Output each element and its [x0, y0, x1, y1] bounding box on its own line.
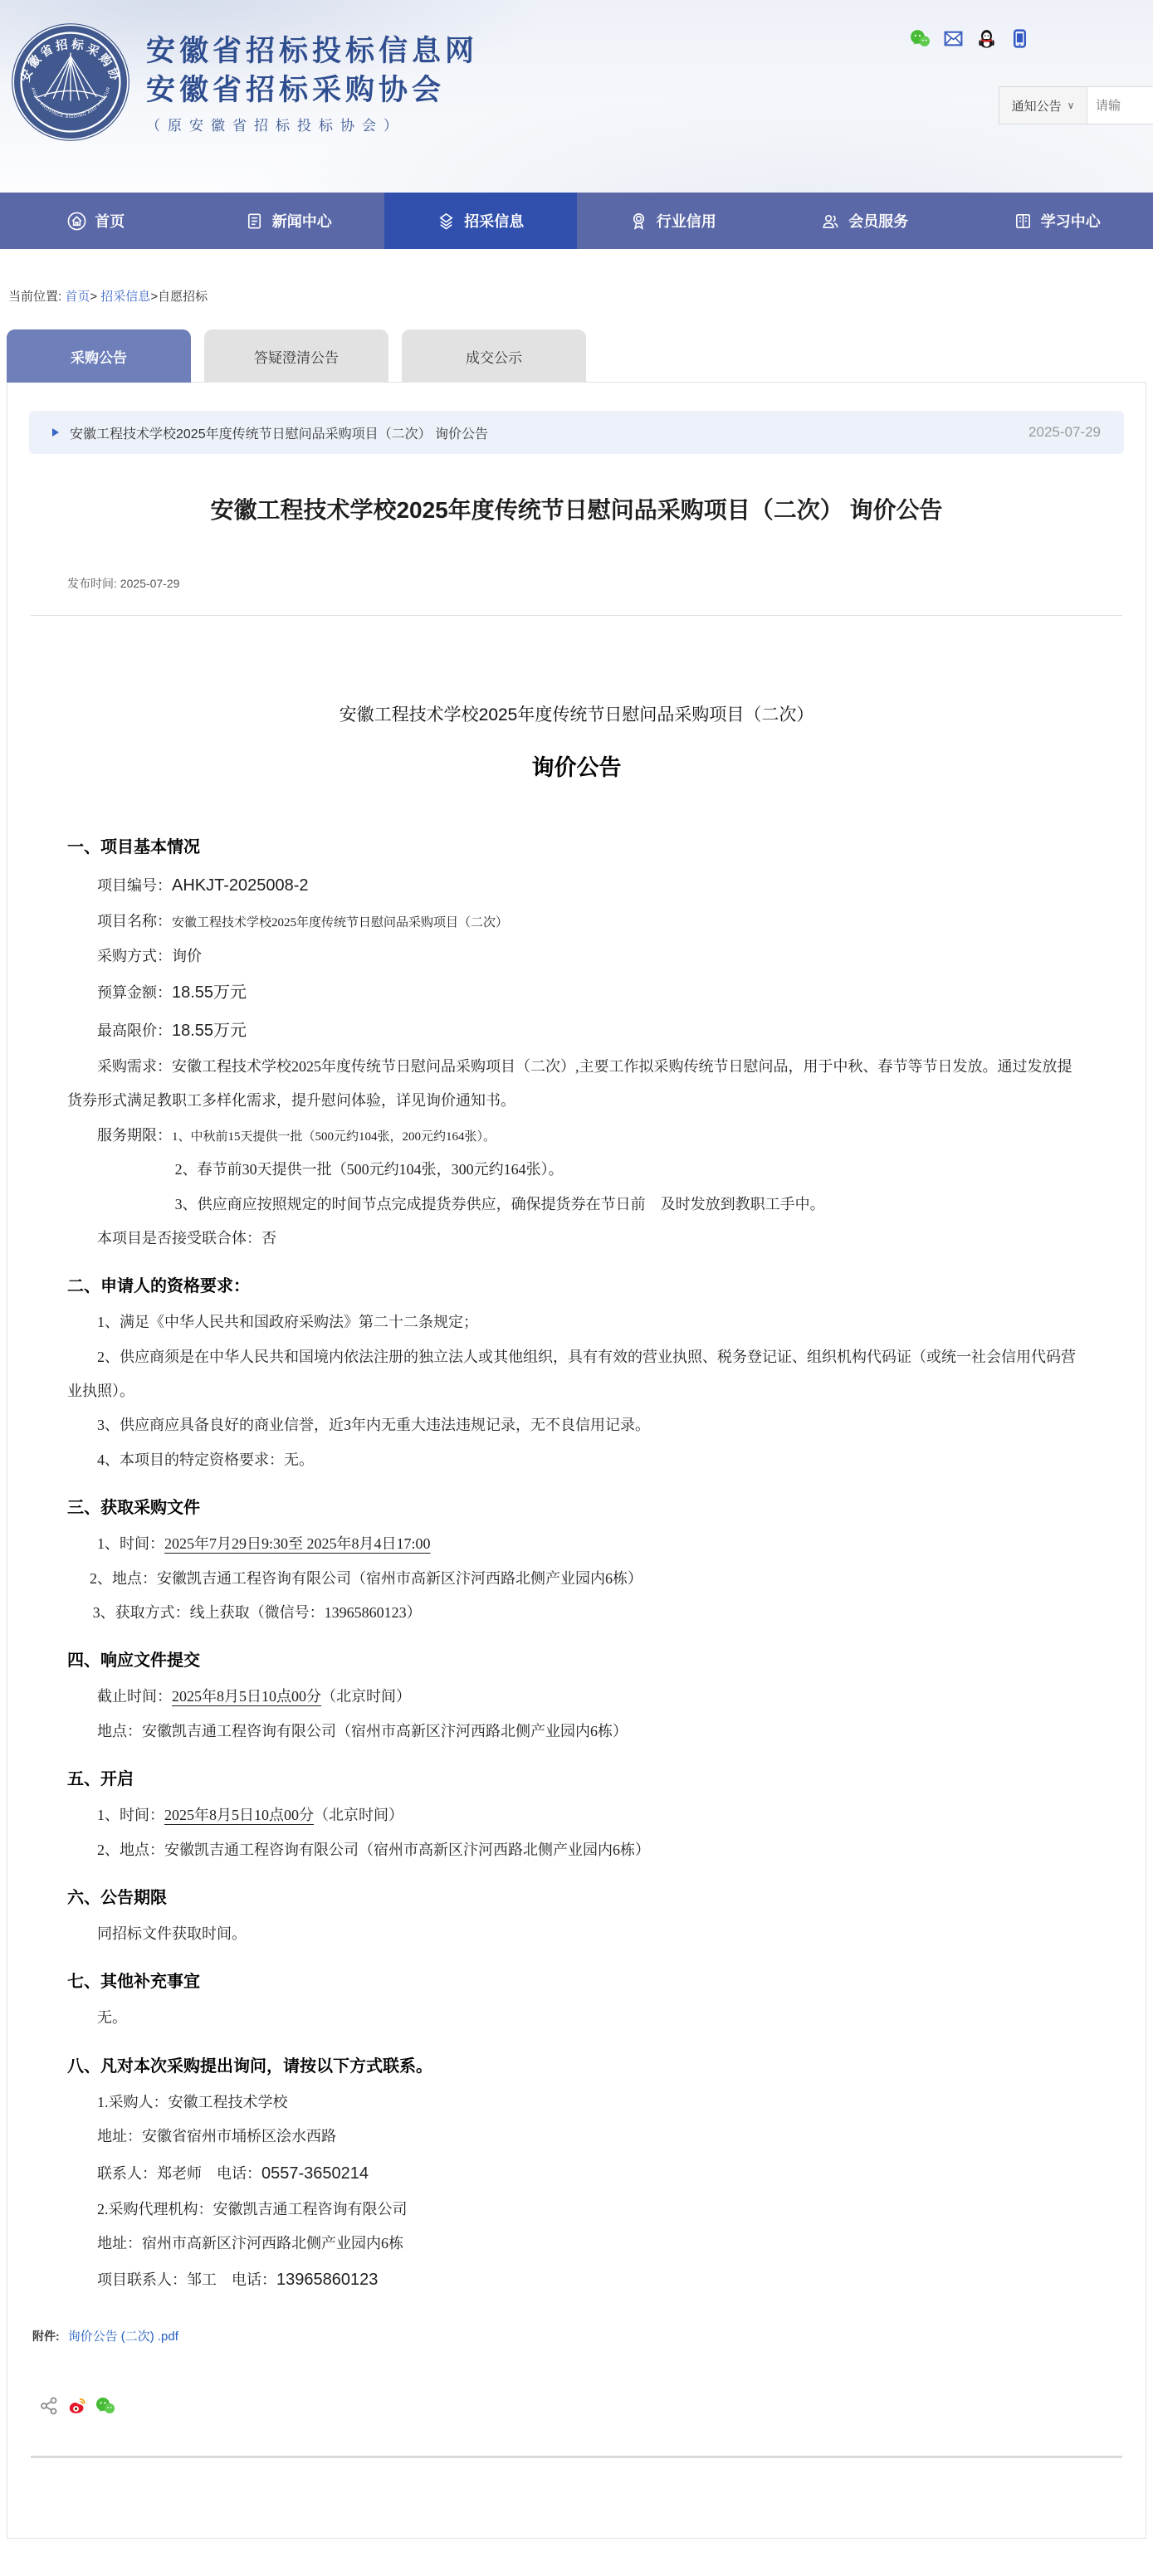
list-item[interactable]: 安徽工程技术学校2025年度传统节日慰问品采购项目（二次） 询价公告 2025-…: [29, 411, 1124, 454]
nav-item-news[interactable]: 新闻中心: [193, 193, 385, 249]
doc-line: 七、其他补充事宜: [67, 1963, 1086, 2001]
breadcrumb-separator: >: [150, 290, 158, 304]
book-icon: [1014, 212, 1033, 231]
attachment-row: 附件: 询价公告 (二次) .pdf: [32, 2327, 1146, 2344]
doc-line: 四、响应文件提交: [67, 1642, 1086, 1680]
medal-icon: [629, 212, 648, 231]
doc-line: 项目联系人：邹工 电话：13965860123: [67, 2261, 1086, 2299]
doc-line: 地址：安徽省宿州市埇桥区浍水西路: [67, 2120, 1086, 2154]
site-header: 安徽省招标采购协会 ANHUI PROVINCE BIDDING AND PRO…: [0, 0, 1153, 193]
mobile-icon[interactable]: [1009, 28, 1030, 49]
news-icon: [245, 212, 264, 231]
qq-icon[interactable]: [976, 28, 997, 49]
doc-line: 3、供应商应按照规定的时间节点完成提货券供应，确保提货券在节日前 及时发放到教职…: [67, 1188, 1086, 1222]
nav-label: 学习中心: [1041, 210, 1101, 232]
doc-line: 1、时间：2025年7月29日9:30至 2025年8月4日17:00: [67, 1527, 1086, 1561]
weibo-icon[interactable]: [67, 2396, 87, 2416]
doc-line: 无。: [67, 2001, 1086, 2035]
home-icon: [67, 212, 86, 231]
breadcrumb: 当前位置: 首页> 招采信息>自愿招标: [0, 249, 1153, 305]
nav-item-bidding-info[interactable]: 招采信息: [384, 193, 577, 249]
doc-line: 3、供应商应具备良好的商业信誉，近3年内无重大违法违规记录，无不良信用记录。: [67, 1408, 1086, 1442]
search-input[interactable]: [1087, 87, 1153, 124]
content-card: 安徽工程技术学校2025年度传统节日慰问品采购项目（二次） 询价公告 2025-…: [7, 382, 1146, 2539]
social-icons: [910, 28, 1030, 49]
wechat-icon[interactable]: [910, 28, 931, 49]
doc-line: 预算金额：18.55万元: [67, 973, 1086, 1012]
search-category-label: 通知公告: [1012, 97, 1062, 115]
search-category-dropdown[interactable]: 通知公告 ∨: [999, 87, 1087, 124]
doc-line: 1、满足《中华人民共和国政府采购法》第二十二条规定；: [67, 1305, 1086, 1339]
doc-line: 2.采购代理机构：安徽凯吉通工程咨询有限公司: [67, 2193, 1086, 2227]
doc-line: 三、获取采购文件: [67, 1489, 1086, 1527]
nav-label: 会员服务: [848, 210, 908, 232]
site-title-line2: 安徽省招标采购协会: [146, 71, 478, 110]
mail-icon[interactable]: [943, 28, 964, 49]
doc-line: 4、本项目的特定资格要求：无。: [67, 1443, 1086, 1477]
nav-label: 首页: [95, 210, 125, 232]
doc-line: 同招标文件获取时间。: [67, 1917, 1086, 1951]
doc-line: 二、申请人的资格要求：: [67, 1267, 1086, 1305]
tab-award-publicity[interactable]: 成交公示: [402, 329, 586, 383]
doc-line: 六、公告期限: [67, 1879, 1086, 1917]
doc-body: 安徽工程技术学校2025年度传统节日慰问品采购项目（二次）询价公告一、项目基本情…: [7, 616, 1146, 2300]
nav-item-home[interactable]: 首页: [0, 193, 193, 249]
nav-item-member-services[interactable]: 会员服务: [769, 193, 961, 249]
publish-time: 发布时间: 2025-07-29: [67, 575, 1146, 592]
nav-label: 行业信用: [657, 210, 716, 232]
doc-line: 项目编号：AHKJT-2025008-2: [67, 866, 1086, 905]
article-title: 安徽工程技术学校2025年度传统节日慰问品采购项目（二次） 询价公告: [84, 489, 1069, 532]
breadcrumb-separator: >: [90, 290, 100, 304]
doc-line: 服务期限：1、中秋前15天提供一批（500元约104张，200元约164张）。: [67, 1119, 1086, 1153]
breadcrumb-link-bidding-info[interactable]: 招采信息: [100, 290, 150, 304]
doc-line: 地址：宿州市高新区汴河西路北侧产业园内6栋: [67, 2227, 1086, 2261]
doc-line: 五、开启: [67, 1760, 1086, 1798]
doc-line: 1.采购人：安徽工程技术学校: [67, 2086, 1086, 2120]
bottom-divider: [31, 2456, 1122, 2458]
site-title-line3: （原安徽省招标投标协会）: [146, 114, 478, 134]
nav-label: 新闻中心: [272, 210, 332, 232]
tab-clarification-announcements[interactable]: 答疑澄清公告: [204, 329, 388, 383]
tab-procurement-announcements[interactable]: 采购公告: [7, 329, 191, 383]
nav-label: 招采信息: [464, 210, 524, 232]
doc-line: 本项目是否接受联合体：否: [67, 1222, 1086, 1256]
doc-line: 八、凡对本次采购提出询问，请按以下方式联系。: [67, 2047, 1086, 2086]
site-title-line1: 安徽省招标投标信息网: [146, 32, 478, 71]
doc-line: 采购方式：询价: [67, 939, 1086, 973]
breadcrumb-link-home[interactable]: 首页: [65, 290, 90, 304]
share-nodes-icon[interactable]: [39, 2396, 59, 2416]
doc-line: 2、地点：安徽凯吉通工程咨询有限公司（宿州市高新区汴河西路北侧产业园内6栋）: [67, 1562, 1086, 1596]
layers-icon: [437, 212, 456, 231]
doc-line: 2、春节前30天提供一批（500元约104张，300元约164张）。: [67, 1153, 1086, 1187]
doc-line: 3、获取方式：线上获取（微信号：13965860123）: [67, 1596, 1086, 1630]
doc-line: 截止时间：2025年8月5日10点00分（北京时间）: [67, 1680, 1086, 1714]
list-item-title[interactable]: 安徽工程技术学校2025年度传统节日慰问品采购项目（二次） 询价公告: [70, 423, 1028, 442]
doc-line: 项目名称：安徽工程技术学校2025年度传统节日慰问品采购项目（二次）: [67, 905, 1086, 939]
doc-line: 最高限价：18.55万元: [67, 1012, 1086, 1050]
site-logo: 安徽省招标采购协会 ANHUI PROVINCE BIDDING AND PRO…: [10, 22, 131, 147]
nav-item-learning-center[interactable]: 学习中心: [961, 193, 1153, 249]
header-left-decoration: [0, 8, 10, 193]
site-titles: 安徽省招标投标信息网 安徽省招标采购协会 （原安徽省招标投标协会）: [146, 32, 478, 134]
breadcrumb-prefix: 当前位置:: [8, 290, 65, 304]
attachment-pdf-link[interactable]: 询价公告 (二次) .pdf: [68, 2330, 178, 2344]
main-nav: 首页 新闻中心 招采信息 行业信用 会员服务: [0, 193, 1153, 249]
doc-line: 一、项目基本情况: [67, 828, 1086, 866]
doc-line: 2、地点：安徽凯吉通工程咨询有限公司（宿州市高新区汴河西路北侧产业园内6栋）: [67, 1833, 1086, 1867]
doc-line: 1、时间：2025年8月5日10点00分（北京时间）: [67, 1798, 1086, 1832]
doc-line: 采购需求：安徽工程技术学校2025年度传统节日慰问品采购项目（二次）,主要工作拟…: [67, 1050, 1086, 1119]
wechat-share-icon[interactable]: [95, 2396, 115, 2416]
list-item-date: 2025-07-29: [1028, 424, 1101, 441]
doc-line: 询价公告: [67, 742, 1086, 793]
nav-item-industry-credit[interactable]: 行业信用: [577, 193, 769, 249]
doc-line: 地点：安徽凯吉通工程咨询有限公司（宿州市高新区汴河西路北侧产业园内6栋）: [67, 1715, 1086, 1749]
members-icon: [821, 212, 840, 231]
doc-line: 安徽工程技术学校2025年度传统节日慰问品采购项目（二次）: [67, 695, 1086, 735]
share-icons: [39, 2396, 1146, 2416]
breadcrumb-current: 自愿招标: [158, 290, 208, 304]
page-content: 采购公告 答疑澄清公告 成交公示 安徽工程技术学校2025年度传统节日慰问品采购…: [7, 329, 1146, 2539]
doc-line: 联系人：郑老师 电话：0557-3650214: [67, 2154, 1086, 2193]
list-arrow-icon: [52, 428, 59, 437]
tab-bar: 采购公告 答疑澄清公告 成交公示: [7, 329, 1146, 383]
chevron-down-icon: ∨: [1068, 100, 1075, 111]
search-bar: 通知公告 ∨: [999, 86, 1153, 124]
attachment-label: 附件:: [32, 2330, 60, 2343]
doc-line: 2、供应商须是在中华人民共和国境内依法注册的独立法人或其他组织，具有有效的营业执…: [67, 1340, 1086, 1409]
